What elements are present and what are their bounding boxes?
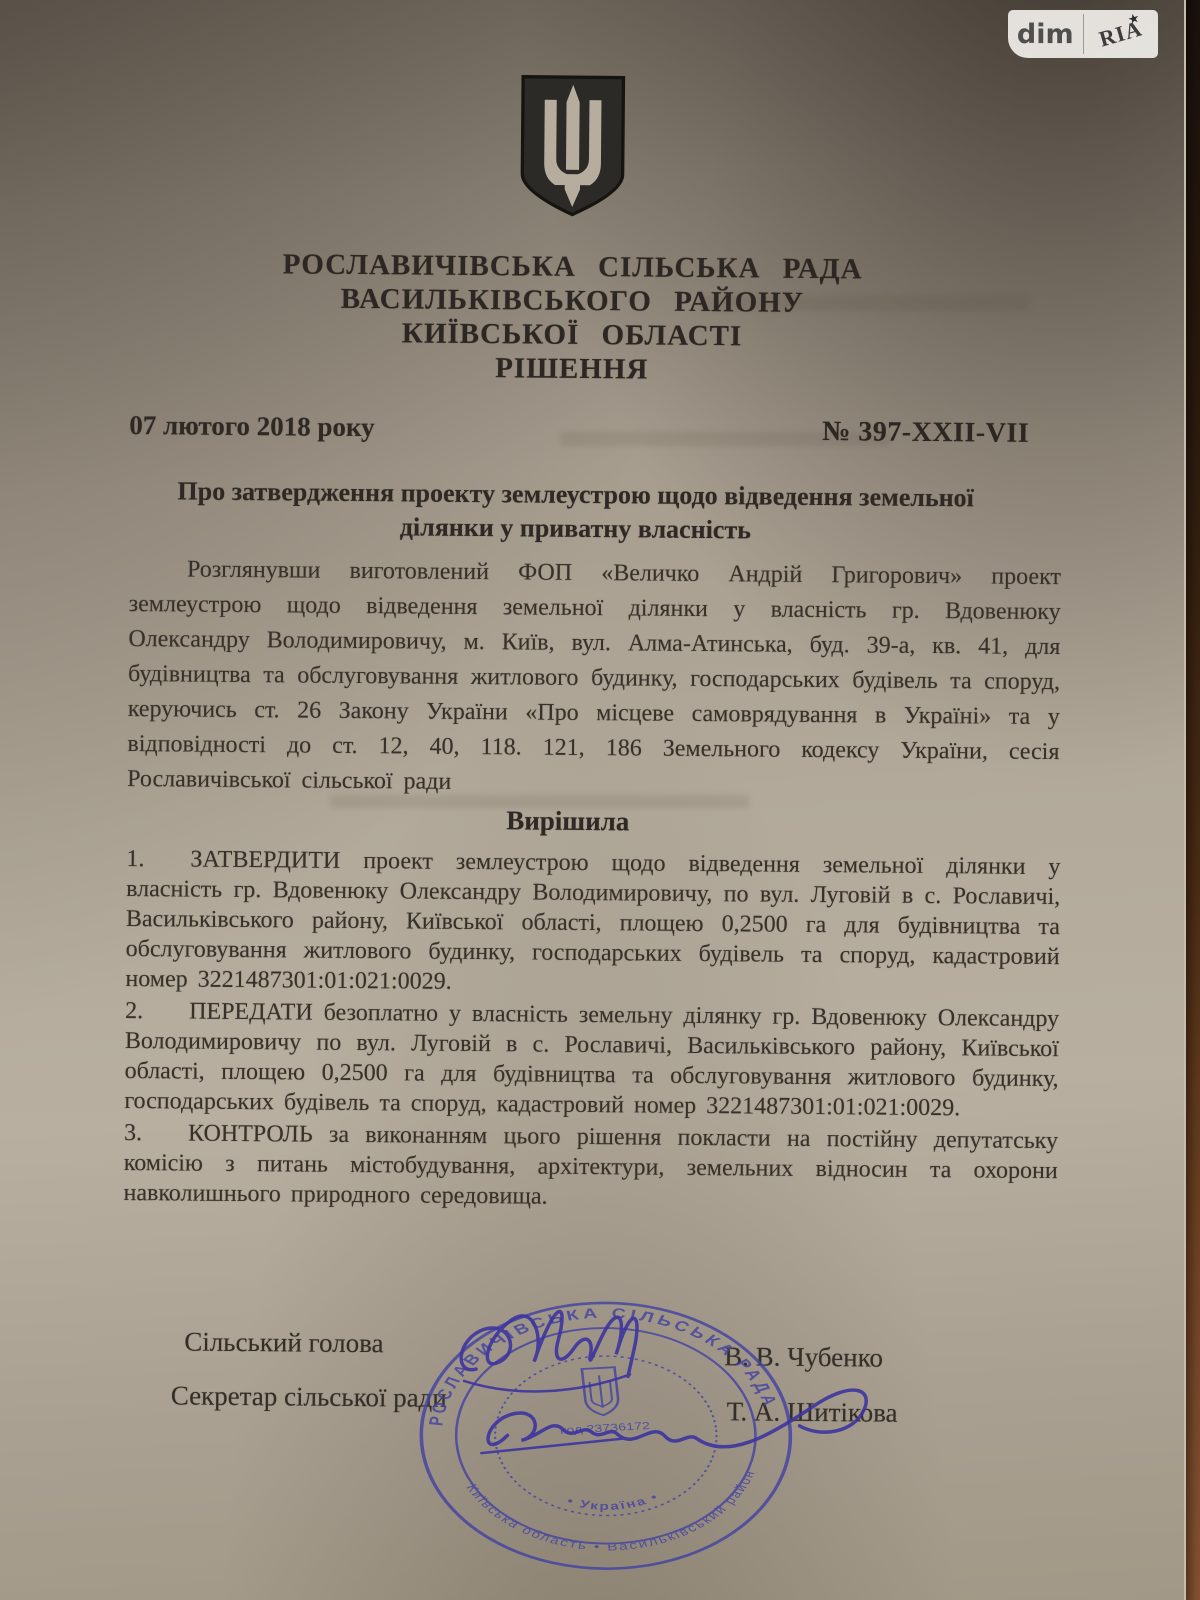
resolution-heading: Вирішила (0, 801, 1143, 842)
resolution-items: 1.ЗАТВЕРДИТИ проект землеустрою щодо від… (123, 844, 1060, 1218)
signature-stroke-secretary (488, 1387, 866, 1448)
document-number: № 397-XXII-VII (822, 416, 1029, 450)
document-date: 07 лютого 2018 року (129, 410, 375, 443)
item-number: 3. (124, 1118, 188, 1149)
subject-heading: Про затвердження проекту землеустрою щод… (140, 474, 1011, 550)
item-text: ЗАТВЕРДИТИ проект землеустрою щодо відве… (125, 847, 1060, 995)
photo-of-document: РОСЛАВИЧІВСЬКА СІЛЬСЬКА РАДА ВАСИЛЬКІВСЬ… (0, 0, 1200, 1600)
resolution-item: 2.ПЕРЕДАТИ безоплатно у власність земель… (124, 996, 1059, 1124)
signature-flourish-head (464, 1373, 630, 1392)
resolution-item: 3.КОНТРОЛЬ за виконанням цього рішення п… (123, 1118, 1058, 1216)
letterhead: РОСЛАВИЧІВСЬКА СІЛЬСЬКА РАДА ВАСИЛЬКІВСЬ… (0, 245, 1148, 391)
item-text: КОНТРОЛЬ за виконанням цього рішення пок… (123, 1121, 1058, 1210)
item-number: 1. (126, 844, 190, 875)
signature-stroke-head (461, 1311, 637, 1377)
dim-logo: dim (1008, 10, 1083, 58)
tryzub-emblem (517, 73, 628, 218)
dim-ria-watermark: dim ★ RIA (1008, 10, 1158, 58)
signature-title-head: Сільський голова (184, 1327, 384, 1360)
meta-row: 07 лютого 2018 року № 397-XXII-VII (129, 410, 1029, 450)
resolution-item: 1.ЗАТВЕРДИТИ проект землеустрою щодо від… (125, 844, 1060, 1002)
item-text: ПЕРЕДАТИ безоплатно у власність земельну… (124, 999, 1059, 1122)
ria-logo: ★ RIA (1084, 10, 1159, 58)
item-number: 2. (125, 996, 189, 1027)
ria-logo-text: RIA (1096, 16, 1145, 53)
preamble-paragraph: Розглянувши виготовлений ФОП «Величко Ан… (127, 552, 1061, 805)
handwritten-signatures (415, 1277, 987, 1512)
